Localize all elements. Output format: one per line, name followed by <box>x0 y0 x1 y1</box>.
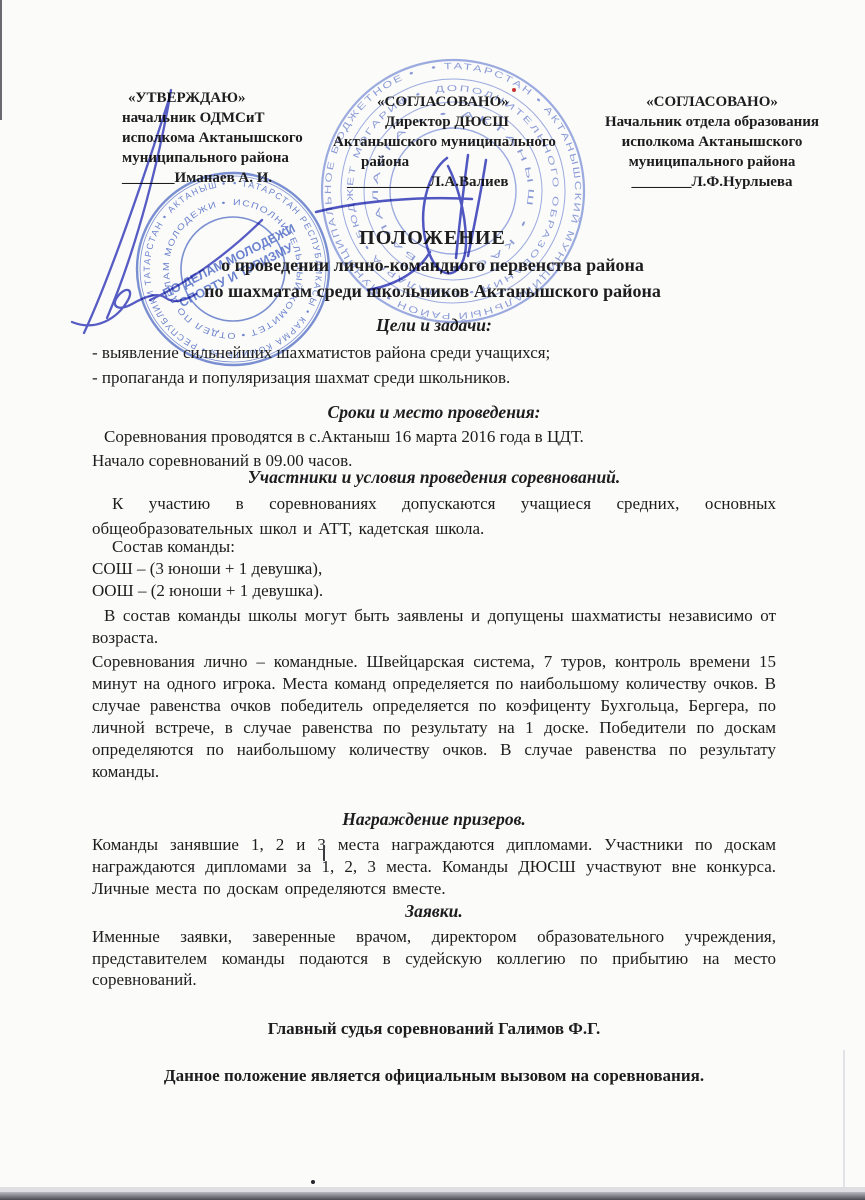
timing-line: Соревнования проводятся в с.Актаныш 16 м… <box>92 425 776 449</box>
chief-judge-line: Главный судья соревнований Галимов Ф.Г. <box>92 1019 776 1039</box>
document-page: • ТАТАРСТАН РЕСПУБЛИКАСЫ • КАРМА КОМИТЕТ… <box>0 0 865 1200</box>
page-subtitle: по шахматам среди школьников Актанышског… <box>0 281 865 302</box>
approval-signature-line: _______Иманаев А. И. <box>122 168 347 188</box>
roster-line: ООШ – (2 юноши + 1 девушка). <box>92 580 776 602</box>
goal-item: - пропаганда и популяризация шахмат сред… <box>92 365 776 390</box>
red-speck-artifact <box>512 88 516 92</box>
ink-dot-artifact <box>300 567 303 570</box>
approval-title: «УТВЕРЖДАЮ» <box>128 88 347 108</box>
approval-line: Начальник отдела образования <box>566 112 858 132</box>
awards-paragraph: Команды занявшие 1, 2 и 3 места награжда… <box>92 834 776 900</box>
approval-block-soglasovano-dyussh: «СОГЛАСОВАНО» Директор ДЮСШ Актанышского… <box>333 92 588 192</box>
goal-item: - выявление сильнейших шахматистов район… <box>92 340 776 365</box>
scan-edge-left <box>0 0 2 120</box>
page-subtitle: о проведении лично-командного первенства… <box>0 255 865 276</box>
official-call-line: Данное положение является официальным вы… <box>92 1066 776 1086</box>
approval-block-utverzhdayu: «УТВЕРЖДАЮ» начальник ОДМСиТ исполкома А… <box>122 88 347 188</box>
rules-paragraph: Соревнования лично – командные. Швейцарс… <box>92 651 776 783</box>
approval-title: «СОГЛАСОВАНО» <box>566 92 858 112</box>
participants-paragraph: В состав команды школы могут быть заявле… <box>92 605 776 649</box>
goals-list: - выявление сильнейших шахматистов район… <box>92 340 776 390</box>
timing-text: Соревнования проводятся в с.Актаныш 16 м… <box>92 425 776 473</box>
ink-stroke-artifact <box>323 845 325 861</box>
scan-fold-line <box>843 1050 845 1200</box>
roster-line: СОШ – (3 юноши + 1 девушка), <box>92 558 776 580</box>
approval-signature-line: ___________Л.А.Валиев <box>347 172 588 192</box>
approval-line: Директор ДЮСШ <box>385 112 588 132</box>
applications-paragraph: Именные заявки, заверенные врачом, дирек… <box>92 926 776 991</box>
approval-line: исполкома Актанышского <box>122 128 347 148</box>
section-heading-timing: Сроки и место проведения: <box>92 402 776 423</box>
scan-edge-bottom <box>0 1192 865 1200</box>
approval-line: муниципального района <box>566 152 858 172</box>
section-heading-participants: Участники и условия проведения соревнова… <box>92 467 776 488</box>
page-title: ПОЛОЖЕНИЕ <box>0 227 865 250</box>
approval-signature-line: ________Л.Ф.Нурлыева <box>566 172 858 192</box>
section-heading-applications: Заявки. <box>92 901 776 922</box>
participants-paragraph: К участию в соревнованиях допускаются уч… <box>92 491 776 541</box>
section-heading-goals: Цели и задачи: <box>92 315 776 336</box>
approval-line: района <box>361 152 588 172</box>
section-heading-awards: Награждение призеров. <box>92 809 776 830</box>
roster-label: Состав команды: <box>92 537 776 557</box>
approval-line: Актанышского муниципального <box>333 132 588 152</box>
roster-list: СОШ – (3 юноши + 1 девушка), ООШ – (2 юн… <box>92 558 776 601</box>
approval-block-soglasovano-obrazovanie: «СОГЛАСОВАНО» Начальник отдела образован… <box>566 92 858 192</box>
approval-line: исполкома Актанышского <box>566 132 858 152</box>
approval-title: «СОГЛАСОВАНО» <box>377 92 588 112</box>
ink-dot-artifact <box>311 1180 315 1184</box>
approval-line: начальник ОДМСиТ <box>122 108 347 128</box>
approval-line: муниципального района <box>122 148 347 168</box>
